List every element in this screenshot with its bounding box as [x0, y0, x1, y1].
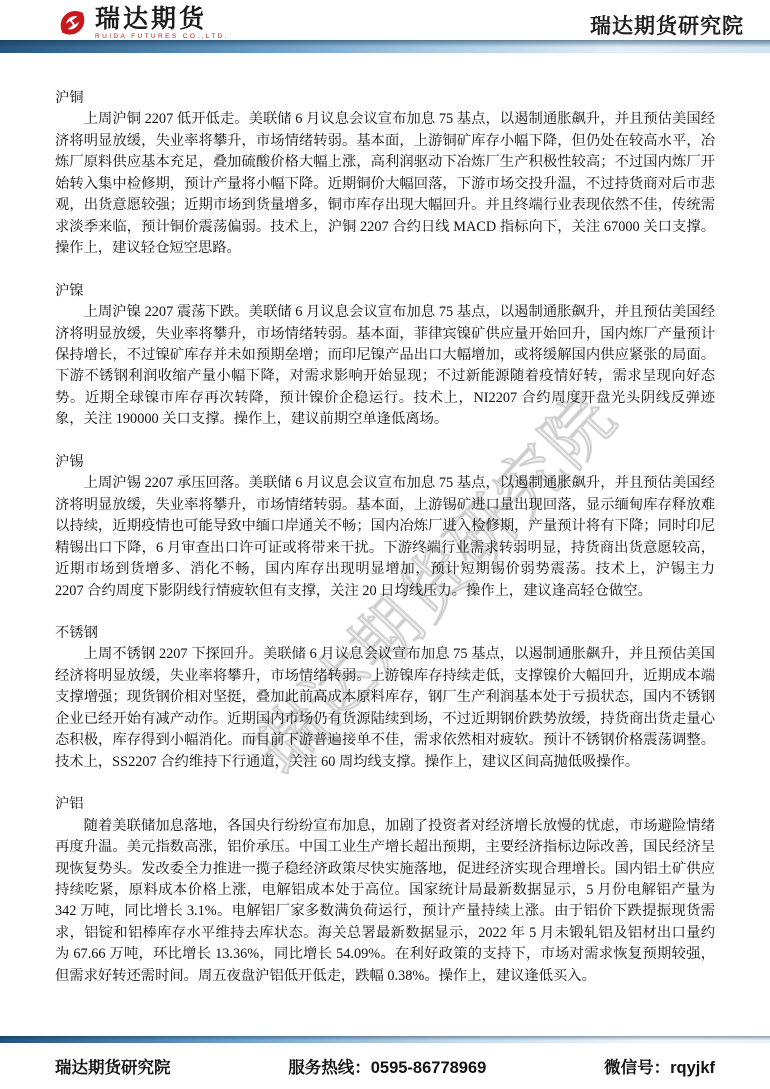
- section-body: 上周沪锡 2207 承压回落。美联储 6 月议息会议宣布加息 75 基点，以遏制…: [55, 473, 715, 602]
- section-aluminum: 沪铝 随着美联储加息落地，各国央行纷纷宣布加息，加剧了投资者对经济增长放慢的忧虑…: [55, 794, 715, 987]
- report-body: 沪铜 上周沪铜 2207 低开低走。美联储 6 月议息会议宣布加息 75 基点，…: [55, 88, 715, 987]
- footer-org: 瑞达期货研究院: [55, 1054, 171, 1078]
- footer-hotline-label: 服务热线：: [288, 1059, 371, 1077]
- section-nickel: 沪镍 上周沪镍 2207 震荡下跌。美联储 6 月议息会议宣布加息 75 基点，…: [55, 281, 715, 431]
- section-body: 上周沪铜 2207 低开低走。美联储 6 月议息会议宣布加息 75 基点，以遏制…: [55, 109, 715, 259]
- footer-hotline: 服务热线：0595-86778969: [288, 1054, 486, 1078]
- header-institute-title: 瑞达期货研究院: [590, 10, 744, 40]
- header-divider-bar: [0, 40, 770, 53]
- ruida-logo-icon: [57, 7, 88, 38]
- brand-text: 瑞达期货 RUIDA FUTURES CO.,LTD.: [95, 6, 229, 40]
- section-title: 不锈钢: [55, 623, 715, 644]
- page-header: 瑞达期货 RUIDA FUTURES CO.,LTD. 瑞达期货研究院: [0, 0, 770, 40]
- section-title: 沪铜: [55, 88, 715, 109]
- footer-hotline-number: 0595-86778969: [371, 1059, 487, 1077]
- section-body: 上周不锈钢 2207 下探回升。美联储 6 月议息会议宣布加息 75 基点，以遏…: [55, 644, 715, 773]
- section-tin: 沪锡 上周沪锡 2207 承压回落。美联储 6 月议息会议宣布加息 75 基点，…: [55, 452, 715, 602]
- section-title: 沪镍: [55, 281, 715, 302]
- section-title: 沪铝: [55, 794, 715, 815]
- section-copper: 沪铜 上周沪铜 2207 低开低走。美联储 6 月议息会议宣布加息 75 基点，…: [55, 88, 715, 260]
- company-logo: 瑞达期货 RUIDA FUTURES CO.,LTD.: [57, 6, 229, 40]
- brand-name-en: RUIDA FUTURES CO.,LTD.: [95, 33, 229, 40]
- section-body: 随着美联储加息落地，各国央行纷纷宣布加息，加剧了投资者对经济增长放慢的忧虑，市场…: [55, 816, 715, 988]
- footer-wechat-id: rqyjkf: [670, 1059, 715, 1077]
- footer-wechat-label: 微信号：: [604, 1059, 670, 1077]
- section-body: 上周沪镍 2207 震荡下跌。美联储 6 月议息会议宣布加息 75 基点，以遏制…: [55, 302, 715, 431]
- footer-divider-bar: [0, 1036, 770, 1043]
- section-title: 沪锡: [55, 452, 715, 473]
- page-footer: 瑞达期货研究院 服务热线：0595-86778969 微信号：rqyjkf: [0, 1036, 770, 1089]
- section-stainless-steel: 不锈钢 上周不锈钢 2207 下探回升。美联储 6 月议息会议宣布加息 75 基…: [55, 623, 715, 773]
- brand-name-cn: 瑞达期货: [95, 6, 229, 32]
- footer-wechat: 微信号：rqyjkf: [604, 1054, 715, 1078]
